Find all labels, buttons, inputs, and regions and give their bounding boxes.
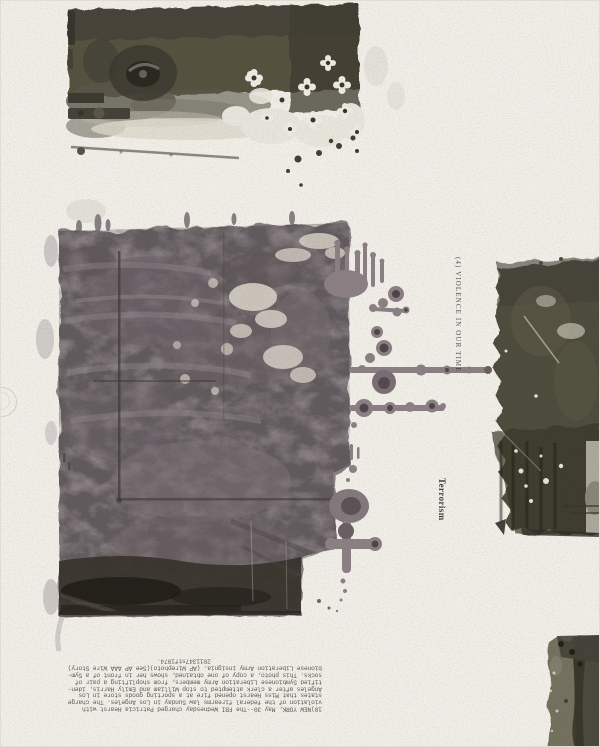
artwork-paint-layers xyxy=(1,1,600,747)
news-caption-line: tified Symbionese Liberation Army member… xyxy=(46,677,322,684)
news-caption-line: 2011347stf1974. xyxy=(46,657,322,664)
paper-grain-overlay xyxy=(1,1,600,747)
chapter-caption-vertical: (4) VIOLENCE IN OUR TIME xyxy=(454,257,462,373)
news-caption-line: Angeles after a clerk attempted to stop … xyxy=(46,684,322,691)
news-caption-line: states that Miss Hearst opened fire at a… xyxy=(46,691,322,698)
news-caption-line: socks. This photo, a copy of one obtaine… xyxy=(46,671,322,678)
terrorism-label-vertical: Terrorism xyxy=(437,478,447,521)
news-caption-line: bionese Liberation Army insignia. (AP Wi… xyxy=(46,664,322,671)
news-caption-upside-down: 10)NEW YORK, May 30--The FBI Wednesday c… xyxy=(46,657,322,711)
artwork-canvas: (4) VIOLENCE IN OUR TIME Terrorism 10)NE… xyxy=(0,0,600,747)
news-caption-line: violation of the federal firearms law Su… xyxy=(46,698,322,705)
news-caption-line: 10)NEW YORK, May 30--The FBI Wednesday c… xyxy=(46,705,322,712)
